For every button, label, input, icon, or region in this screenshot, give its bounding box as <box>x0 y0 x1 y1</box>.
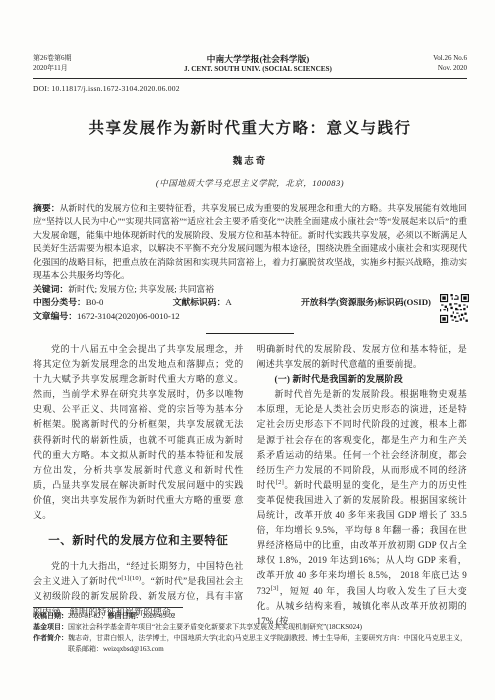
masthead-right: Vol.26 No.6 Nov. 2020 <box>411 54 467 73</box>
section-divider <box>206 333 294 334</box>
fund-label: 基金项目： <box>33 622 68 633</box>
keywords-text: 新时代; 发展方位; 共享发展; 共同富裕 <box>68 284 214 294</box>
received-date-label: 收稿日期： <box>33 611 68 622</box>
intro-paragraph: 党的十八届五中全会提出了共享发展理念，并将其定位为新发展理念的出发地点和落脚点；… <box>33 342 244 523</box>
footnote-rule <box>33 607 183 608</box>
clc-value: B0-0 <box>86 297 104 307</box>
author-bio-label: 作者简介： <box>33 633 68 655</box>
clc-item: 中图分类号：B0-0 <box>33 296 103 310</box>
clc-label: 中图分类号： <box>33 297 86 307</box>
author-name: 魏志奇 <box>33 153 467 167</box>
fund-footnote: 基金项目：国家社会科学基金青年项目“社会主要矛盾变化新要求下共享发展及其实现机制… <box>33 622 467 633</box>
right-column: 明确新时代的发展阶段、发展方位和基本特征，是阐述共享发展的新时代意蕴的重要前提。… <box>257 342 468 628</box>
abstract-text: 从新时代的发展方位和主要特征看，共享发展已成为重要的发展理念和重大的方略。共享发… <box>33 203 467 281</box>
doc-code-item: 文献标识码：A <box>173 296 232 310</box>
keywords-label: 关键词： <box>33 284 68 294</box>
fund-text: 国家社会科学基金青年项目“社会主要矛盾变化新要求下共享发展及其实现机制研究”(1… <box>68 622 467 633</box>
left-column: 党的十八届五中全会提出了共享发展理念，并将其定位为新发展理念的出发地点和落脚点；… <box>33 342 244 628</box>
paragraph: 新时代首先是新的发展阶段。根据唯物史观基本原理，无论是人类社会历史形态的演进，还… <box>257 387 468 628</box>
author-bio-text: 魏志奇，甘肃白银人，法学博士，中国地质大学(北京)马克思主义学院副教授、博士生导… <box>68 633 467 655</box>
article-number-value: 1672-3104(2020)06-0010-12 <box>77 311 180 321</box>
issue-date-en: Nov. 2020 <box>411 64 467 74</box>
paragraph-text: 。新时代最明显的变化，是生产力的历史性变革促使我国进入了新的发展阶段。根据国家统… <box>257 480 468 596</box>
abstract: 摘要：从新时代的发展方位和主要特征看，共享发展已成为重要的发展理念和重大的方略。… <box>33 202 467 283</box>
paragraph: 明确新时代的发展阶段、发展方位和基本特征，是阐述共享发展的新时代意蕴的重要前提。 <box>257 342 468 372</box>
masthead-left: 第26卷第6期 2020年11月 <box>33 54 105 73</box>
article-number-label: 文章编号： <box>33 311 77 321</box>
journal-title-en: J. CENT. SOUTH UNIV. (SOCIAL SCIENCES) <box>105 65 411 75</box>
author-affiliation: (中国地质大学马克思主义学院，北京，100083) <box>33 177 467 189</box>
paragraph-text: 新时代首先是新的发展阶段。根据唯物史观基本原理，无论是人类社会历史形态的演进，还… <box>257 389 468 490</box>
journal-title-cn: 中南大学学报(社会科学版) <box>105 54 411 64</box>
citation-superscript: [1](10) <box>121 575 141 582</box>
abstract-label: 摘要： <box>33 203 60 213</box>
article-number-line: 文章编号：1672-3104(2020)06-0010-12 <box>33 310 467 324</box>
osid-label: 开放科学(资源服务)标识码(OSID) <box>301 297 431 307</box>
osid-qr-code-icon <box>440 294 469 323</box>
received-date-value: 2020-01-02； <box>68 611 108 622</box>
subsection-heading-1-1: (一) 新时代是我国新的发展阶段 <box>257 372 468 387</box>
volume-issue-cn: 第26卷第6期 <box>33 54 105 64</box>
citation-superscript: [2] <box>276 479 284 486</box>
volume-issue-en: Vol.26 No.6 <box>411 54 467 64</box>
article-meta-block: 摘要：从新时代的发展方位和主要特征看，共享发展已成为重要的发展理念和重大的方略。… <box>33 202 467 324</box>
masthead-center: 中南大学学报(社会科学版) J. CENT. SOUTH UNIV. (SOCI… <box>105 54 411 75</box>
dates-footnote: 收稿日期：2020-01-02；修回日期：2020-03-02 <box>33 611 467 622</box>
citation-superscript: [3] <box>271 585 279 592</box>
journal-page: 第26卷第6期 2020年11月 中南大学学报(社会科学版) J. CENT. … <box>0 0 495 700</box>
header-rule <box>33 78 467 79</box>
masthead-row: 第26卷第6期 2020年11月 中南大学学报(社会科学版) J. CENT. … <box>33 54 467 75</box>
article-title: 共享发展作为新时代重大方略：意义与践行 <box>33 116 467 138</box>
classification-line: 中图分类号：B0-0 文献标识码：A 开放科学(资源服务)标识码(OSID) <box>33 296 467 310</box>
revised-date-label: 修回日期： <box>108 611 143 622</box>
doc-code-label: 文献标识码： <box>173 297 226 307</box>
doi-line: DOI: 10.11817/j.issn.1672-3104.2020.06.0… <box>33 84 467 93</box>
journal-header: 第26卷第6期 2020年11月 中南大学学报(社会科学版) J. CENT. … <box>33 54 467 93</box>
doc-code-value: A <box>225 297 231 307</box>
revised-date-value: 2020-03-02 <box>143 611 176 622</box>
keywords-line: 关键词：新时代; 发展方位; 共享发展; 共同富裕 <box>33 283 467 297</box>
osid-item: 开放科学(资源服务)标识码(OSID) <box>301 296 431 310</box>
issue-date-cn: 2020年11月 <box>33 64 105 74</box>
author-bio-footnote: 作者简介：魏志奇，甘肃白银人，法学博士，中国地质大学(北京)马克思主义学院副教授… <box>33 633 467 655</box>
article-body: 党的十八届五中全会提出了共享发展理念，并将其定位为新发展理念的出发地点和落脚点；… <box>33 342 467 628</box>
section-heading-1: 一、新时代的发展方位和主要特征 <box>33 534 244 549</box>
footnote-block: 收稿日期：2020-01-02；修回日期：2020-03-02 基金项目：国家社… <box>33 607 467 655</box>
